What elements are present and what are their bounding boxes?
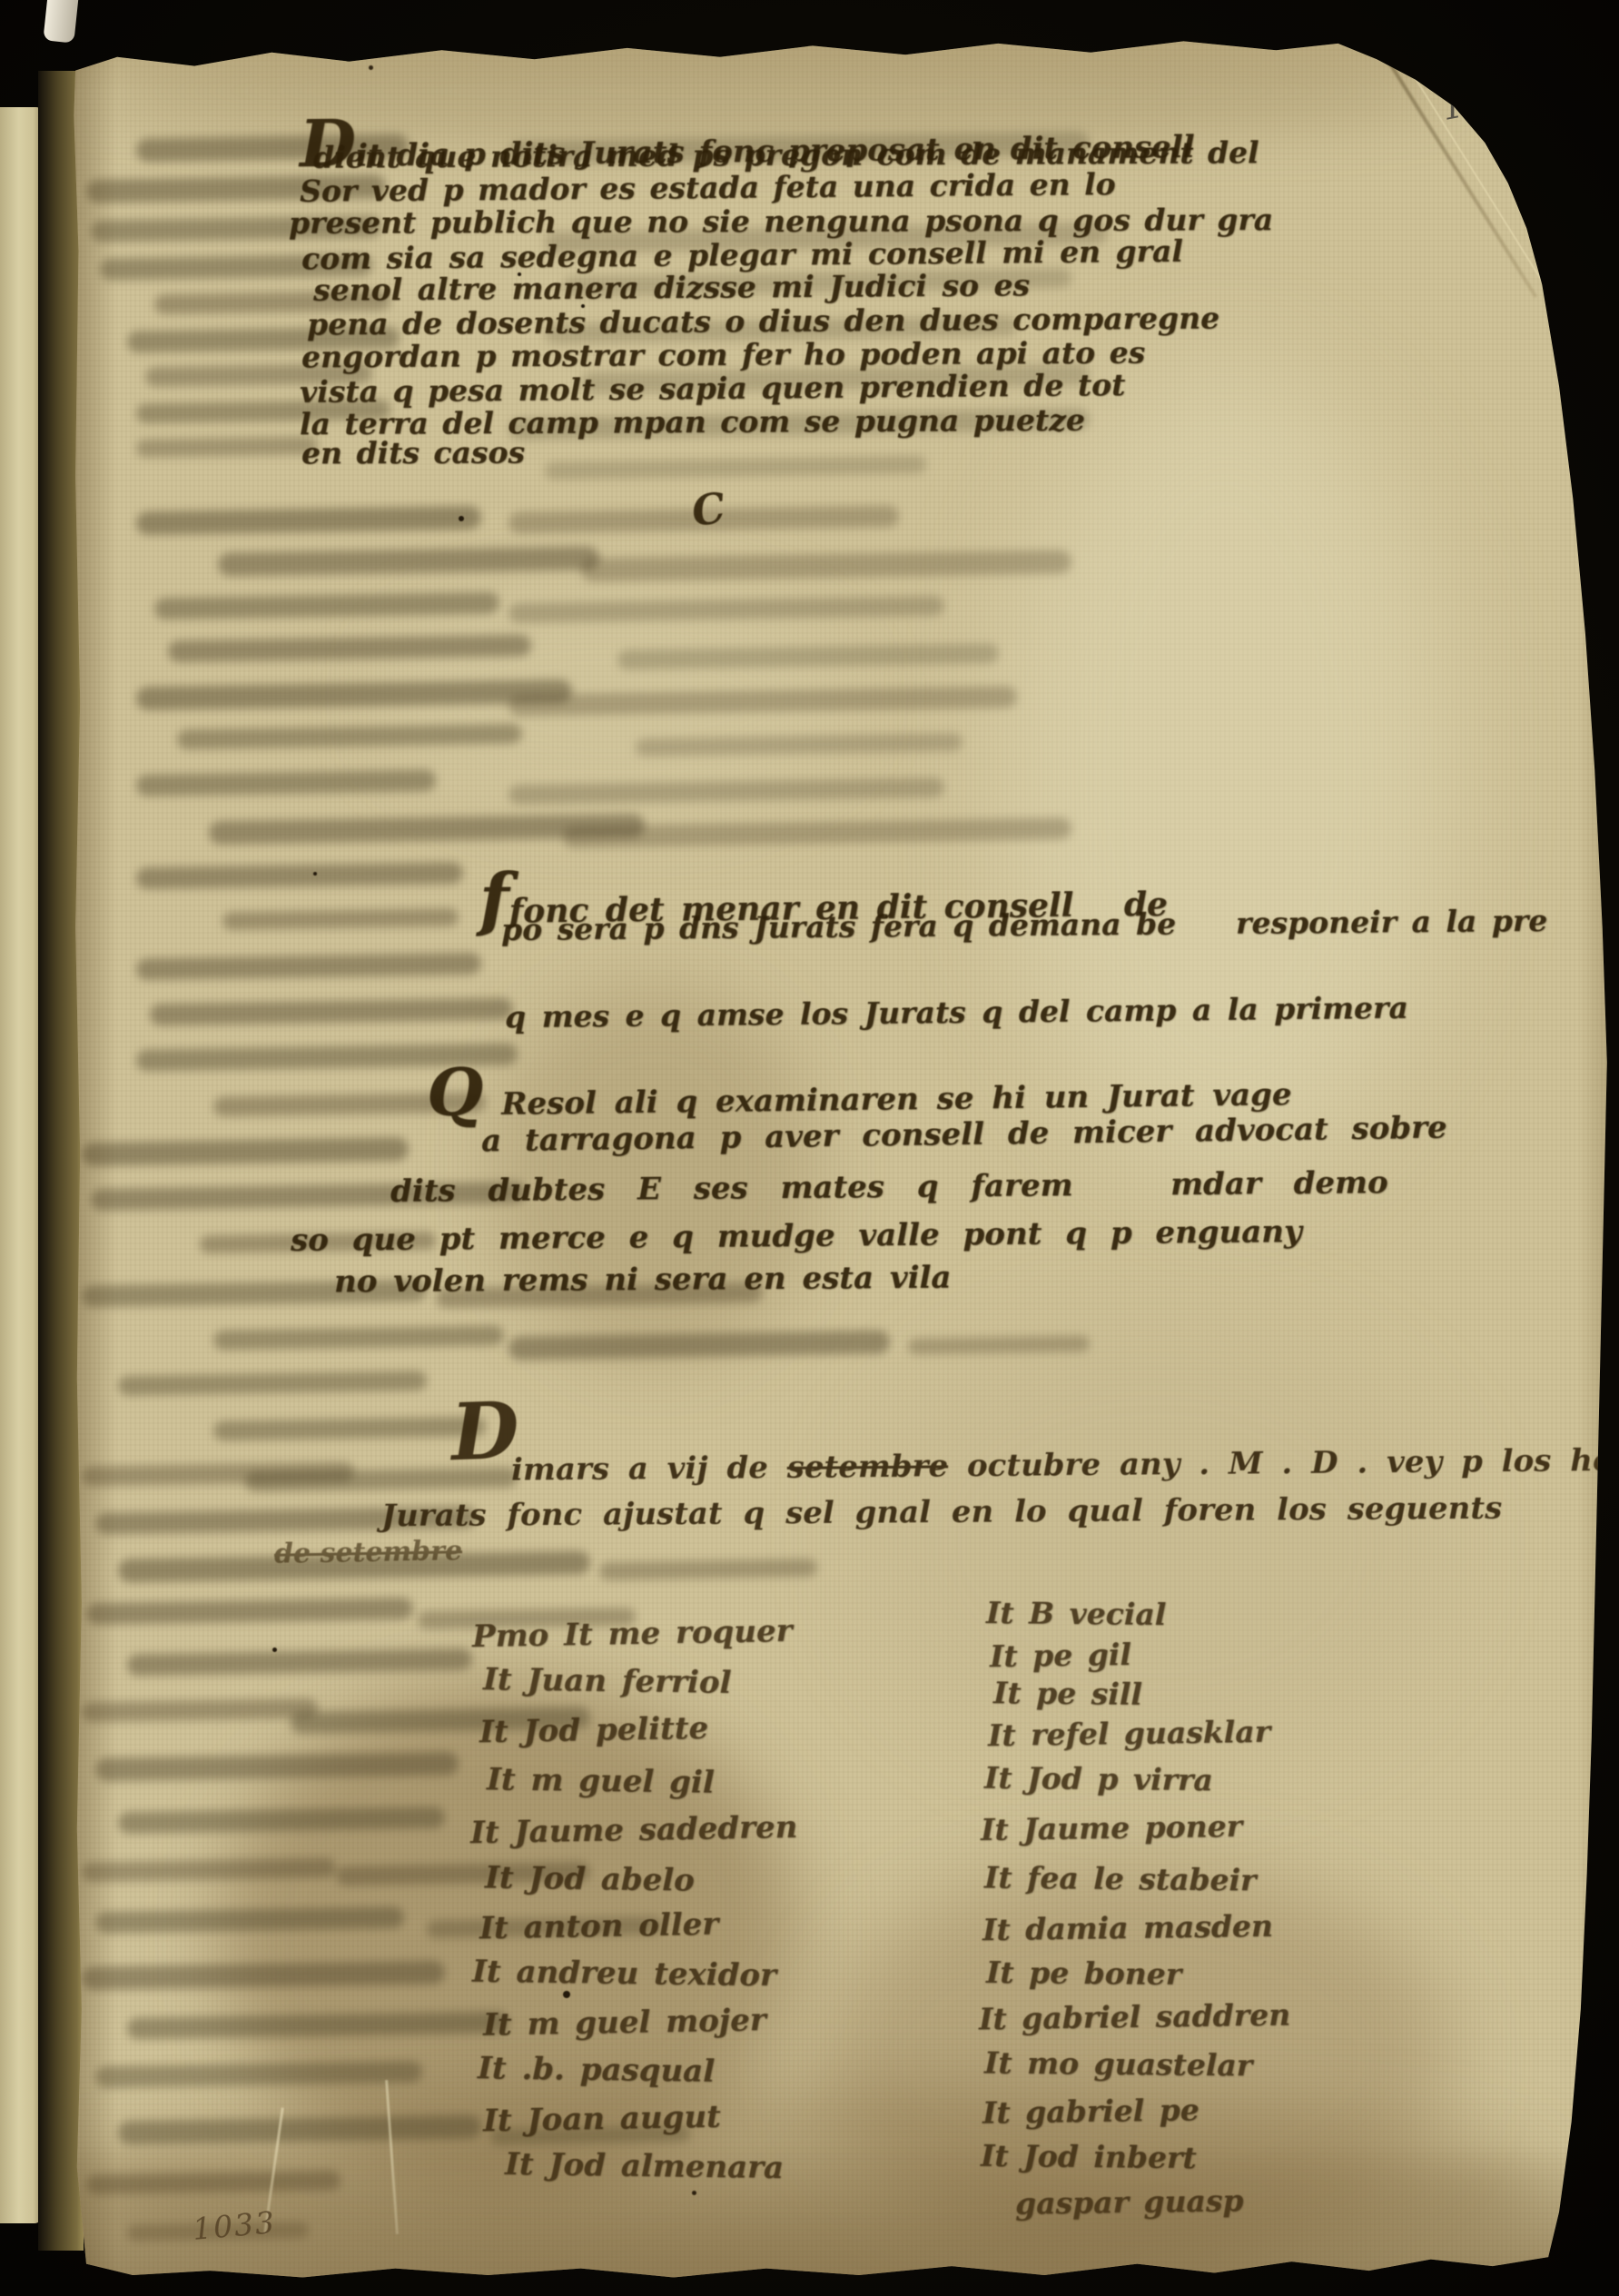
- bleedthrough-smudge: [82, 1137, 409, 1166]
- session-heading-line-1: imars a vij de setembre octubre any . M …: [511, 1444, 1619, 1485]
- paper-stain: [381, 581, 854, 817]
- struck-marginal-note: de setembre: [274, 1535, 463, 1570]
- manuscript-line: It m guel gil: [487, 1764, 715, 1797]
- bleedthrough-smudge: [136, 506, 481, 536]
- ink-speck: [369, 65, 373, 70]
- manuscript-line: It B vecial: [986, 1598, 1167, 1629]
- bleedthrough-smudge: [218, 546, 599, 576]
- session-heading-initial: D: [450, 1392, 521, 1473]
- manuscript-line: la terra del camp mpan com se pugna puet…: [300, 405, 1085, 440]
- manuscript-line: It Jod almenara: [505, 2149, 785, 2183]
- session-date-pre: imars a vij de: [511, 1450, 787, 1489]
- ink-speck: [692, 2191, 696, 2195]
- bleedthrough-smudge: [136, 679, 572, 710]
- bleedthrough-smudge: [118, 1806, 445, 1834]
- bleedthrough-smudge: [86, 1598, 413, 1625]
- paper-crease: [385, 2080, 399, 2234]
- photo-backdrop: Dit dia p dits Jurats fonc preposat en d…: [0, 0, 1619, 2296]
- manuscript-line: It Jaume poner: [981, 1811, 1242, 1845]
- manuscript-line: It damia masden: [982, 1911, 1273, 1945]
- bleedthrough-smudge: [563, 817, 1071, 848]
- ink-speck: [313, 872, 317, 876]
- fold-crease-highlight: [1384, 29, 1545, 284]
- manuscript-line: en dits casos: [301, 438, 525, 469]
- bleedthrough-smudge: [95, 2061, 422, 2088]
- bleedthrough-smudge: [508, 686, 1017, 717]
- bleedthrough-smudge: [508, 1330, 890, 1360]
- manuscript-line: It Jod inbert: [981, 2141, 1197, 2172]
- manuscript-line: It pe gil: [990, 1639, 1131, 1671]
- bleedthrough-smudge: [95, 1752, 459, 1782]
- bleedthrough-smudge: [136, 953, 481, 981]
- ink-speck: [563, 1991, 570, 1998]
- manuscript-line: It fea le stabeir: [984, 1862, 1257, 1895]
- folio-number-bottom: 1033: [192, 2207, 278, 2244]
- bleedthrough-smudge: [636, 733, 963, 757]
- manuscript-line: It gabriel pe: [982, 2094, 1199, 2127]
- bleedthrough-smudge: [545, 455, 926, 480]
- manuscript-line: It Jaume sadedren: [470, 1812, 798, 1848]
- bleedthrough-smudge: [213, 1416, 486, 1440]
- manuscript-line: pena de dosents ducats o dius den dues c…: [307, 302, 1219, 339]
- manuscript-line: It pe sill: [993, 1677, 1142, 1709]
- bleedthrough-smudge: [118, 2115, 481, 2145]
- bleedthrough-smudge: [209, 814, 645, 845]
- bleedthrough-smudge: [508, 596, 944, 623]
- fold-crease: [1370, 33, 1538, 298]
- previous-page-edge: [0, 107, 42, 2223]
- bleedthrough-smudge: [222, 908, 459, 931]
- manuscript-line: It m guel mojer: [483, 2004, 766, 2040]
- ink-speck: [272, 1648, 277, 1652]
- manuscript-page: Dit dia p dits Jurats fonc preposat en d…: [71, 25, 1616, 2280]
- paper-stain: [54, 2089, 1553, 2289]
- bleedthrough-smudge: [168, 635, 531, 663]
- manuscript-line: It Juan ferriol: [483, 1664, 732, 1698]
- bleedthrough-smudge: [136, 769, 436, 797]
- bleedthrough-smudge: [177, 724, 522, 750]
- bleedthrough-smudge: [508, 777, 944, 805]
- bleedthrough-smudge: [82, 1961, 445, 1991]
- bleedthrough-smudge: [82, 1698, 318, 1723]
- manuscript-line: Sor ved p mador es estada feta una crida…: [300, 169, 1116, 206]
- manuscript-line: It andreu texidor: [472, 1956, 776, 1992]
- bleedthrough-smudge: [136, 862, 463, 889]
- bleedthrough-smudge: [118, 1371, 427, 1396]
- manuscript-line: It pe boner: [986, 1957, 1182, 1989]
- manuscript-line: dient que notira med ps pregon com de ma…: [313, 137, 1259, 172]
- manuscript-line: po sera p dns Jurats fera q demana be re…: [501, 906, 1547, 945]
- session-struck-word: setembre: [787, 1448, 949, 1486]
- manuscript-line: It refel guasklar: [988, 1717, 1270, 1750]
- bleedthrough-smudge: [82, 1858, 336, 1883]
- manuscript-line: gaspar guasp: [1015, 2185, 1244, 2219]
- session-date-post: octubre any . M . D . vey p los honor: [948, 1441, 1619, 1484]
- manuscript-line: no volen rems ni sera en esta vila: [334, 1262, 952, 1298]
- bleedthrough-smudge: [95, 1906, 404, 1934]
- bleedthrough-smudge: [127, 1648, 472, 1677]
- manuscript-line: com sia sa sedegna e plegar mi consell m…: [301, 236, 1183, 273]
- manuscript-line: It Jod p virra: [984, 1763, 1213, 1796]
- manuscript-line: It .b. pasqual: [478, 2053, 716, 2087]
- bleedthrough-smudge: [581, 549, 1071, 581]
- paper-stain: [863, 1317, 1453, 1771]
- manuscript-line: dits dubtes E ses mates q farem mdar dem…: [390, 1167, 1388, 1207]
- manuscript-line: It mo guastelar: [984, 2047, 1253, 2080]
- manuscript-line: senol altre manera dizsse mi Judici so e…: [313, 270, 1030, 305]
- manuscript-line: engordan p mostrar com fer ho poden api …: [301, 338, 1145, 372]
- bleedthrough-smudge: [82, 1461, 354, 1486]
- bleedthrough-smudge: [127, 2011, 508, 2039]
- manuscript-line: q mes e q amse los Jurats q del camp a l…: [505, 993, 1408, 1032]
- ink-speck: [459, 516, 464, 521]
- bleedthrough-smudge: [150, 998, 513, 1026]
- paragraph-flourish-mark: C: [688, 483, 728, 537]
- bleedthrough-smudge: [213, 1325, 504, 1351]
- manuscript-line: so que pt merce e q mudge valle pont q p…: [291, 1216, 1302, 1256]
- manuscript-line: vista q pesa molt se sapia quen prendien…: [300, 370, 1126, 407]
- manuscript-line: Pmo It me roquer: [472, 1616, 793, 1652]
- binding-thread: [43, 0, 78, 44]
- bleedthrough-smudge: [86, 2171, 341, 2195]
- bleedthrough-smudge: [154, 592, 499, 620]
- session-heading-line-2: Jurats fonc ajustat q sel gnal en lo qua…: [381, 1493, 1502, 1532]
- folio-number-top: 1051: [1440, 76, 1539, 126]
- manuscript-line: It Jod abelo: [485, 1862, 695, 1895]
- bleedthrough-smudge: [617, 643, 999, 669]
- manuscript-line: It Jod pelitte: [479, 1713, 709, 1747]
- bleedthrough-smudge: [599, 1559, 817, 1580]
- manuscript-line: It Joan augut: [483, 2102, 721, 2137]
- bleedthrough-smudge: [908, 1335, 1090, 1354]
- bleedthrough-smudge: [136, 436, 318, 457]
- manuscript-line: It gabriel saddren: [979, 2000, 1291, 2034]
- manuscript-line: It anton oller: [479, 1909, 719, 1945]
